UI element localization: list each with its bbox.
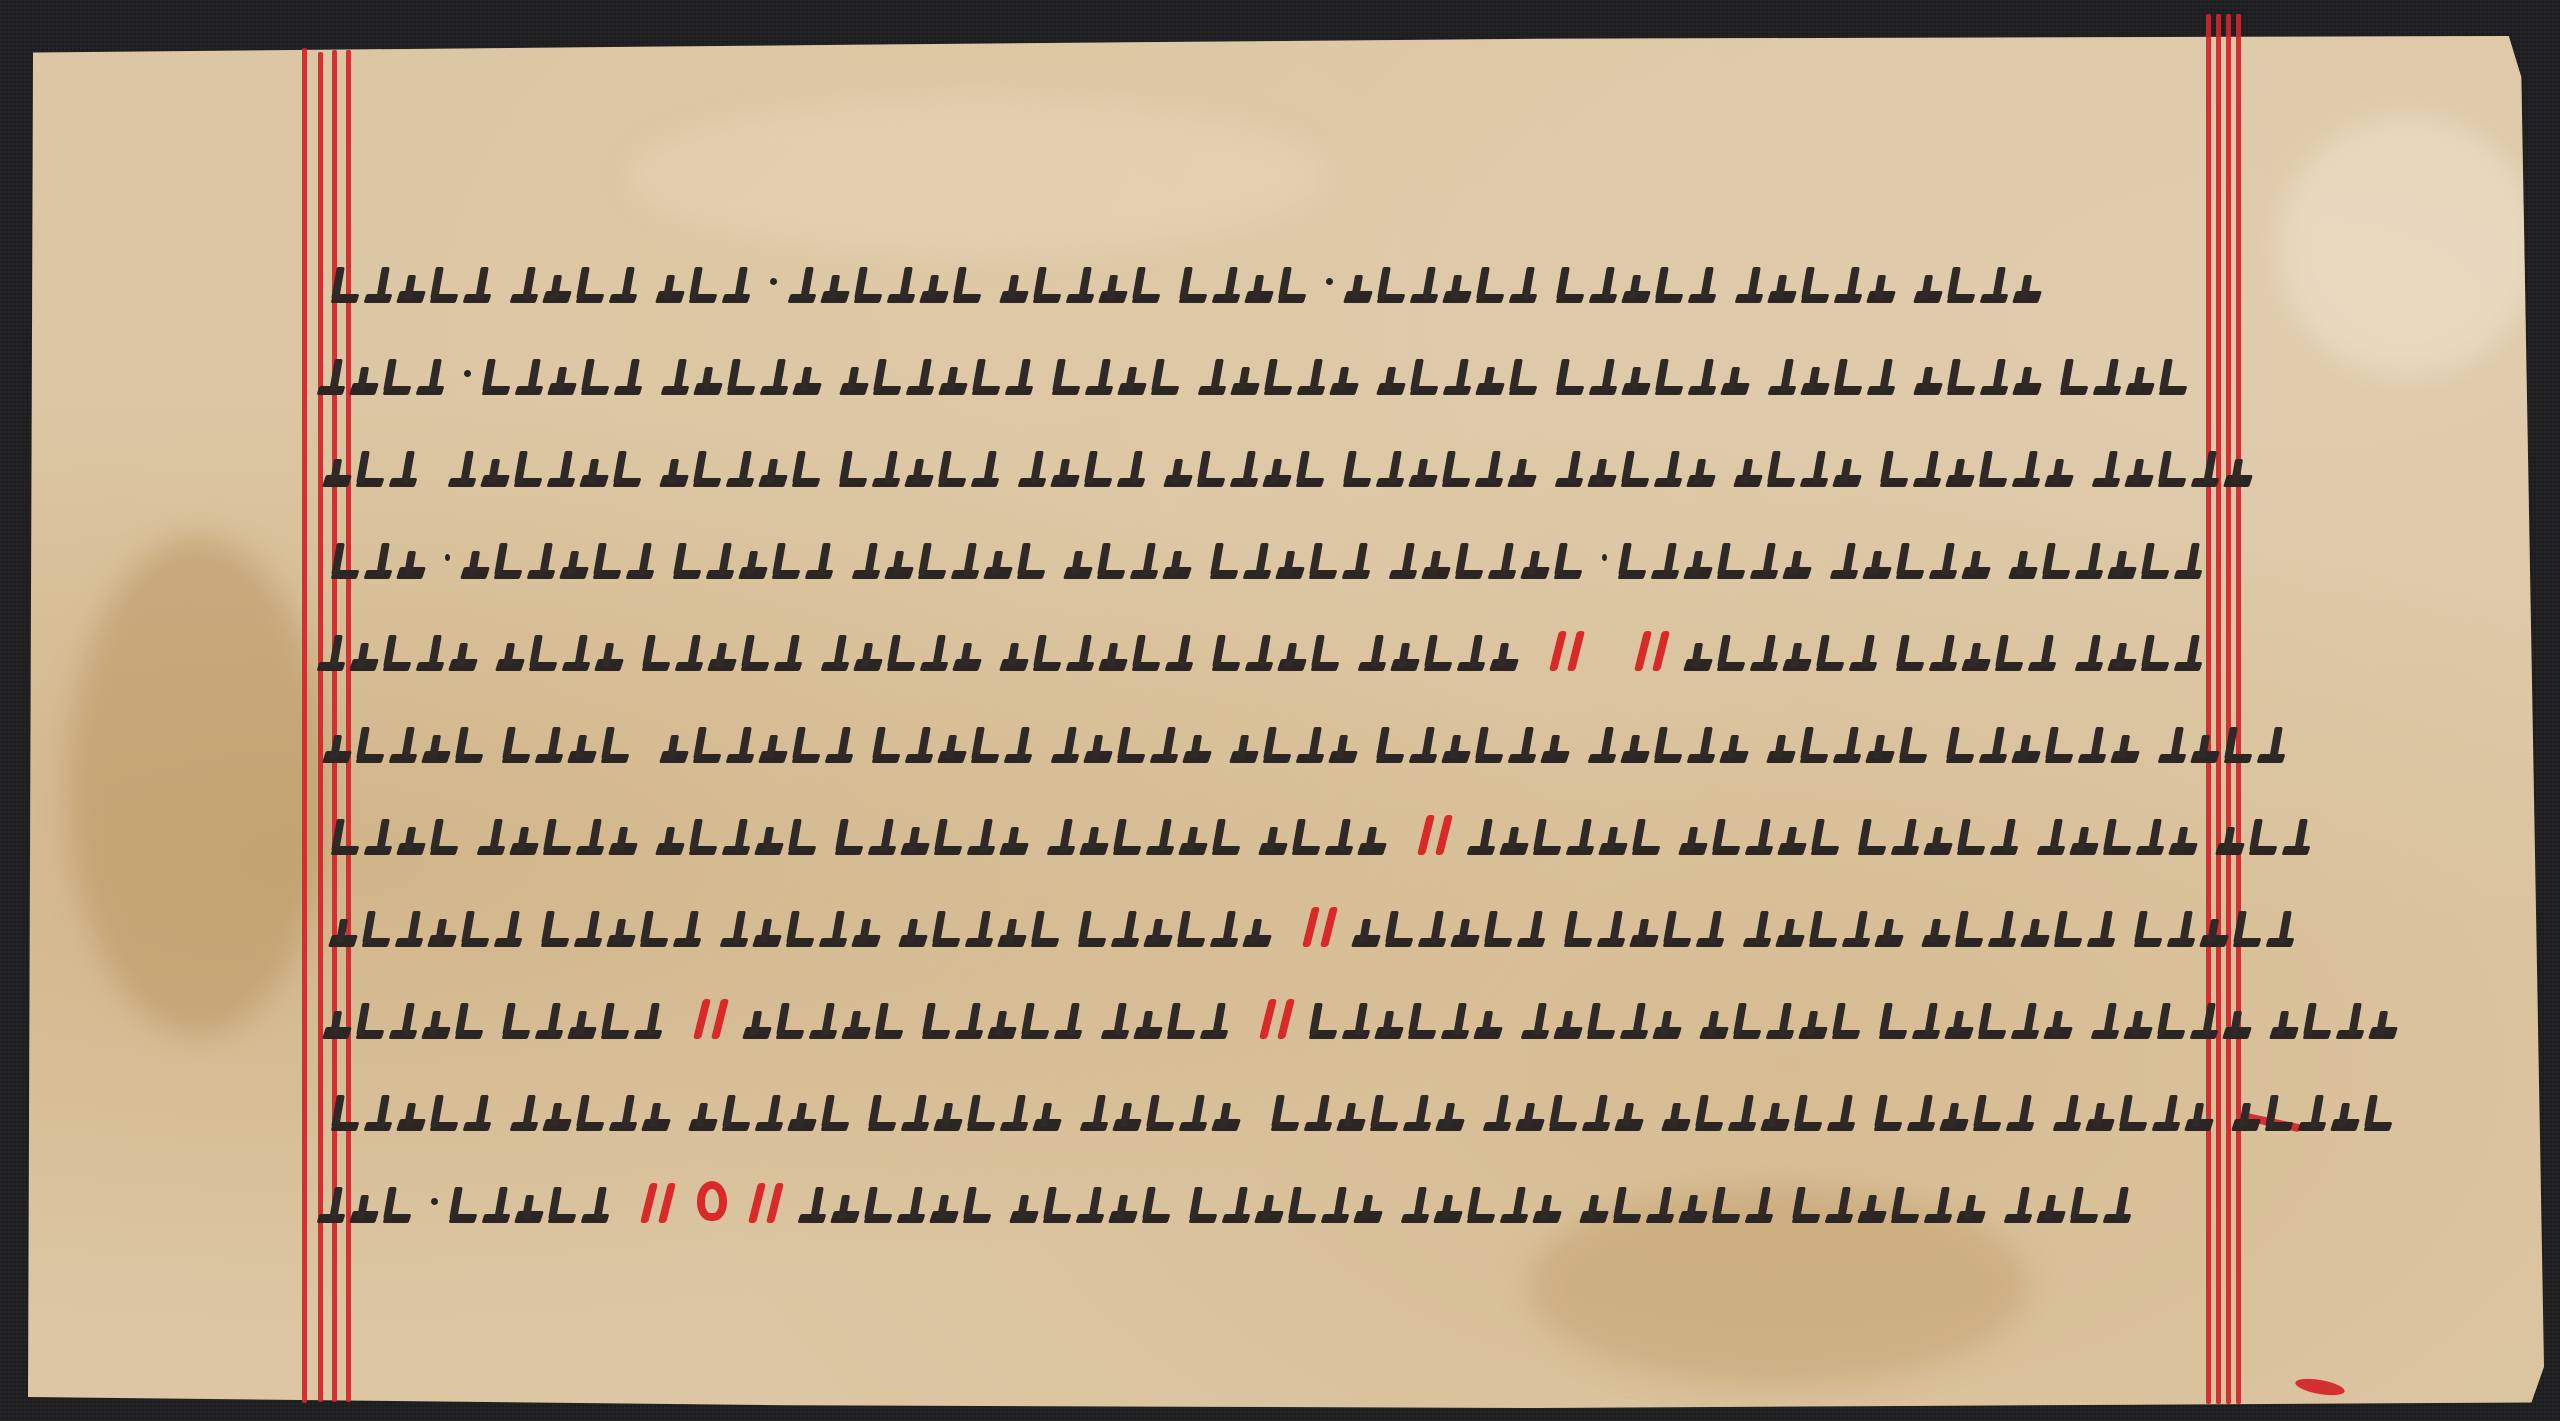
ink-glyph xyxy=(1923,1185,1953,1223)
ink-glyph xyxy=(547,357,577,395)
ink-glyph xyxy=(1376,265,1406,303)
ink-glyph xyxy=(1978,725,2008,763)
ink-glyph xyxy=(1614,1093,1644,1131)
ink-glyph xyxy=(1336,1093,1366,1131)
ink-glyph xyxy=(1565,817,1595,855)
ink-glyph xyxy=(388,449,418,487)
ink-word xyxy=(2052,1087,2217,1131)
ink-glyph xyxy=(1456,633,1486,671)
ink-glyph xyxy=(2265,909,2295,947)
ink-glyph xyxy=(1079,817,1109,855)
ink-glyph xyxy=(1548,1093,1578,1131)
ink-glyph xyxy=(759,357,789,395)
ink-glyph xyxy=(1098,265,1128,303)
ink-glyph xyxy=(962,1185,992,1223)
ink-glyph xyxy=(929,1185,959,1223)
ink-glyph xyxy=(1042,1185,1072,1223)
ink-glyph xyxy=(1829,541,1859,579)
ink-glyph xyxy=(1433,1185,1463,1223)
ink-glyph xyxy=(1402,1093,1432,1131)
ink-glyph xyxy=(659,449,689,487)
ink-glyph xyxy=(1767,265,1797,303)
ink-glyph xyxy=(349,357,379,395)
ink-glyph xyxy=(1110,909,1140,947)
ink-glyph xyxy=(2125,357,2155,395)
ink-glyph xyxy=(2223,449,2253,487)
ink-glyph xyxy=(921,1001,951,1039)
ink-glyph xyxy=(1221,1185,1251,1223)
ink-glyph xyxy=(904,449,934,487)
ink-glyph xyxy=(322,725,352,763)
ink-glyph xyxy=(2011,725,2041,763)
ink-glyph xyxy=(1945,725,1975,763)
ink-glyph xyxy=(493,909,523,947)
ink-word xyxy=(1563,903,1728,947)
ink-glyph xyxy=(388,725,418,763)
ink-glyph xyxy=(1662,909,1692,947)
ink-glyph xyxy=(1954,909,1984,947)
ink-glyph xyxy=(2085,1093,2115,1131)
ink-glyph xyxy=(2027,633,2057,671)
ink-glyph xyxy=(546,449,576,487)
ink-word xyxy=(1388,535,1586,579)
ink-glyph xyxy=(1749,633,1779,671)
ink-glyph xyxy=(1328,725,1358,763)
ink-word xyxy=(820,627,985,671)
ink-glyph xyxy=(1400,1185,1430,1223)
ink-glyph xyxy=(1017,449,1047,487)
ink-glyph xyxy=(871,725,901,763)
manuscript-line xyxy=(316,327,2220,419)
ink-glyph xyxy=(1388,541,1418,579)
ink-glyph xyxy=(1211,265,1241,303)
ink-glyph xyxy=(1474,725,1504,763)
ink-glyph xyxy=(1374,1001,1404,1039)
ink-glyph xyxy=(838,449,868,487)
ink-glyph xyxy=(853,633,883,671)
ink-glyph xyxy=(1857,1185,1887,1223)
ink-glyph xyxy=(363,265,393,303)
ink-glyph xyxy=(1977,1001,2007,1039)
ink-glyph xyxy=(1650,541,1680,579)
ink-glyph xyxy=(501,725,531,763)
danda-stroke xyxy=(1417,815,1435,855)
ink-glyph xyxy=(966,1093,996,1131)
ink-glyph xyxy=(1454,541,1484,579)
ink-glyph xyxy=(1765,1001,1795,1039)
ink-word xyxy=(1376,351,1541,395)
ink-glyph xyxy=(1178,1093,1208,1131)
ink-glyph xyxy=(871,449,901,487)
ink-glyph xyxy=(1694,1093,1724,1131)
ink-word xyxy=(1211,627,1343,671)
ink-word xyxy=(476,811,641,855)
ink-glyph xyxy=(1711,817,1741,855)
ink-glyph xyxy=(1474,449,1504,487)
ink-word xyxy=(2231,1087,2396,1131)
ink-glyph xyxy=(1833,265,1863,303)
ink-word xyxy=(660,351,825,395)
ink-glyph xyxy=(600,1001,630,1039)
ink-glyph xyxy=(1409,265,1439,303)
manuscript-line xyxy=(322,695,2220,787)
ink-glyph xyxy=(639,909,669,947)
ink-glyph xyxy=(1483,909,1513,947)
ink-word xyxy=(1879,443,2077,487)
ink-glyph xyxy=(1188,1185,1218,1223)
ink-glyph xyxy=(1979,265,2009,303)
ink-glyph xyxy=(1956,817,1986,855)
ink-glyph xyxy=(970,449,1000,487)
ink-glyph xyxy=(834,817,864,855)
ink-glyph xyxy=(2363,1093,2393,1131)
ink-glyph xyxy=(514,1185,544,1223)
ink-glyph xyxy=(900,1093,930,1131)
ink-word xyxy=(1100,995,1232,1039)
ink-glyph xyxy=(1553,1001,1583,1039)
ink-glyph xyxy=(1351,909,1381,947)
ink-word xyxy=(330,1087,495,1131)
ink-glyph xyxy=(1357,817,1387,855)
ink-glyph xyxy=(693,357,723,395)
ink-glyph xyxy=(1032,265,1062,303)
manuscript-line xyxy=(322,971,2220,1063)
ink-glyph xyxy=(2107,633,2137,671)
ink-glyph xyxy=(1554,449,1584,487)
visarga-dot xyxy=(464,370,471,377)
ink-glyph xyxy=(561,633,591,671)
ink-glyph xyxy=(820,633,850,671)
red-verse-numeral xyxy=(697,1181,727,1221)
ink-glyph xyxy=(1972,1093,2002,1131)
ink-word xyxy=(316,1179,415,1223)
ink-glyph xyxy=(2256,725,2286,763)
ink-glyph xyxy=(476,817,506,855)
ink-glyph xyxy=(594,633,624,671)
ink-glyph xyxy=(509,265,539,303)
ink-glyph xyxy=(575,1093,605,1131)
ink-glyph xyxy=(1654,357,1684,395)
ink-glyph xyxy=(1645,1185,1675,1223)
ink-glyph xyxy=(1683,541,1713,579)
ink-word xyxy=(509,259,641,303)
ink-glyph xyxy=(2020,909,2050,947)
ink-word xyxy=(1555,259,1720,303)
ink-glyph xyxy=(1499,1185,1529,1223)
ink-glyph xyxy=(559,541,589,579)
ink-glyph xyxy=(1777,817,1807,855)
ink-word xyxy=(1188,1179,1386,1223)
ink-glyph xyxy=(738,541,768,579)
ink-glyph xyxy=(725,449,755,487)
ink-word xyxy=(316,627,481,671)
ink-word xyxy=(1046,811,1244,855)
ink-glyph xyxy=(1244,265,1274,303)
ink-glyph xyxy=(1683,633,1713,671)
ink-glyph xyxy=(726,357,756,395)
ink-glyph xyxy=(1209,909,1239,947)
ink-word xyxy=(1661,1087,1859,1131)
ink-glyph xyxy=(1004,357,1034,395)
ink-glyph xyxy=(1112,817,1142,855)
ink-glyph xyxy=(2151,1093,2181,1131)
ink-glyph xyxy=(1199,1001,1229,1039)
danda-stroke xyxy=(1435,815,1453,855)
ink-glyph xyxy=(1063,541,1093,579)
ink-glyph xyxy=(1742,909,1772,947)
ink-glyph xyxy=(1441,449,1471,487)
ink-glyph xyxy=(999,265,1029,303)
ink-glyph xyxy=(2135,817,2165,855)
visarga-dot xyxy=(1326,278,1333,285)
ink-glyph xyxy=(1308,541,1338,579)
ink-glyph xyxy=(660,357,690,395)
ink-glyph xyxy=(1117,357,1147,395)
ink-word xyxy=(999,259,1164,303)
ink-glyph xyxy=(1732,1001,1762,1039)
ink-word xyxy=(1520,995,1685,1039)
ink-glyph xyxy=(608,1093,638,1131)
ink-glyph xyxy=(394,909,424,947)
ink-glyph xyxy=(2157,725,2187,763)
ink-glyph xyxy=(1865,725,1895,763)
ink-glyph xyxy=(462,265,492,303)
ink-glyph xyxy=(1912,449,1942,487)
ink-glyph xyxy=(1727,1093,1757,1131)
ink-word xyxy=(330,535,429,579)
ink-glyph xyxy=(1782,633,1812,671)
ink-glyph xyxy=(330,265,360,303)
ink-glyph xyxy=(382,357,412,395)
ink-glyph xyxy=(999,633,1029,671)
ink-word xyxy=(1229,719,1361,763)
ink-glyph xyxy=(933,817,963,855)
stain xyxy=(628,96,1328,256)
ink-glyph xyxy=(363,1093,393,1131)
ink-glyph xyxy=(1296,357,1326,395)
ink-glyph xyxy=(1230,357,1260,395)
danda-stroke xyxy=(1320,907,1338,947)
ink-glyph xyxy=(1716,633,1746,671)
ink-glyph xyxy=(363,817,393,855)
ink-glyph xyxy=(721,1093,751,1131)
ink-word xyxy=(1766,719,1931,763)
ink-glyph xyxy=(1507,725,1537,763)
ink-glyph xyxy=(1581,1093,1611,1131)
ink-glyph xyxy=(1612,1185,1642,1223)
danda-stroke xyxy=(1634,631,1652,671)
ink-glyph xyxy=(2107,541,2137,579)
ink-word xyxy=(867,1087,1065,1131)
ink-word xyxy=(672,535,837,579)
ink-glyph xyxy=(1263,357,1293,395)
ink-word xyxy=(921,995,1086,1039)
ink-glyph xyxy=(952,633,982,671)
ink-glyph xyxy=(692,449,722,487)
ink-glyph xyxy=(349,633,379,671)
ink-glyph xyxy=(542,817,572,855)
ink-glyph xyxy=(773,633,803,671)
ink-glyph xyxy=(950,541,980,579)
ink-word xyxy=(2036,811,2201,855)
visarga-dot xyxy=(431,1198,438,1205)
ink-glyph xyxy=(1621,265,1651,303)
ink-word xyxy=(1063,535,1195,579)
ink-glyph xyxy=(1653,449,1683,487)
ink-glyph xyxy=(1196,449,1226,487)
ink-glyph xyxy=(884,541,914,579)
ink-glyph xyxy=(874,1001,904,1039)
ink-glyph xyxy=(688,817,718,855)
ink-glyph xyxy=(1878,1001,1908,1039)
ink-word xyxy=(1051,351,1183,395)
ink-glyph xyxy=(820,1093,850,1131)
ink-glyph xyxy=(1197,357,1227,395)
ink-glyph xyxy=(659,725,689,763)
ink-glyph xyxy=(721,265,751,303)
ink-glyph xyxy=(526,541,556,579)
ink-glyph xyxy=(1211,1093,1241,1131)
ink-glyph xyxy=(448,1185,478,1223)
ink-word xyxy=(1767,351,1899,395)
ink-glyph xyxy=(1711,1185,1741,1223)
ink-glyph xyxy=(1939,1093,1969,1131)
ink-glyph xyxy=(460,541,490,579)
ink-glyph xyxy=(415,357,445,395)
ink-glyph xyxy=(1620,449,1650,487)
ink-glyph xyxy=(1065,633,1095,671)
ink-glyph xyxy=(1716,541,1746,579)
ink-glyph xyxy=(2190,725,2220,763)
ink-glyph xyxy=(606,909,636,947)
ink-glyph xyxy=(1487,541,1517,579)
ink-glyph xyxy=(1866,265,1896,303)
ink-glyph xyxy=(1149,725,1179,763)
ink-glyph xyxy=(534,725,564,763)
ink-glyph xyxy=(1890,817,1920,855)
ink-glyph xyxy=(983,541,1013,579)
ink-glyph xyxy=(328,909,358,947)
ink-glyph xyxy=(1540,725,1570,763)
ink-glyph xyxy=(421,725,451,763)
ink-glyph xyxy=(1342,449,1372,487)
ink-word xyxy=(871,719,1036,763)
ink-glyph xyxy=(580,357,610,395)
ink-glyph xyxy=(1096,541,1126,579)
ink-word xyxy=(509,1087,674,1131)
ink-glyph xyxy=(1295,449,1325,487)
ink-glyph xyxy=(1579,1185,1609,1223)
ink-glyph xyxy=(573,909,603,947)
ink-glyph xyxy=(1112,1093,1142,1131)
ink-glyph xyxy=(1586,1001,1616,1039)
ink-word xyxy=(448,1179,613,1223)
ink-glyph xyxy=(1421,541,1451,579)
danda-stroke xyxy=(711,999,729,1039)
ink-glyph xyxy=(427,909,457,947)
ink-glyph xyxy=(382,1185,412,1223)
ink-word xyxy=(1579,1179,1777,1223)
ink-glyph xyxy=(1987,909,2017,947)
ink-glyph xyxy=(987,1001,1017,1039)
ink-word xyxy=(1829,535,1994,579)
ink-glyph xyxy=(1079,1093,1109,1131)
ink-glyph xyxy=(1242,541,1272,579)
ink-glyph xyxy=(1209,541,1239,579)
ink-glyph xyxy=(509,1093,539,1131)
ink-glyph xyxy=(937,449,967,487)
ink-glyph xyxy=(1032,1093,1062,1131)
ink-glyph xyxy=(1923,817,1953,855)
ink-word xyxy=(1077,903,1275,947)
ink-glyph xyxy=(1030,909,1060,947)
ink-glyph xyxy=(2173,633,2203,671)
ink-glyph xyxy=(792,357,822,395)
ink-glyph xyxy=(1065,265,1095,303)
ink-glyph xyxy=(1946,357,1976,395)
ink-glyph xyxy=(2053,909,2083,947)
ink-glyph xyxy=(1182,725,1212,763)
ink-glyph xyxy=(1620,725,1650,763)
red-double-danda xyxy=(645,1179,671,1223)
ink-glyph xyxy=(688,265,718,303)
ink-glyph xyxy=(719,909,749,947)
ink-word xyxy=(1482,1087,1647,1131)
stain xyxy=(2278,116,2538,376)
ink-glyph xyxy=(1287,1185,1317,1223)
ink-glyph xyxy=(1799,449,1829,487)
ink-glyph xyxy=(1440,1001,1470,1039)
ink-glyph xyxy=(1329,357,1359,395)
ink-glyph xyxy=(415,633,445,671)
ink-glyph xyxy=(1450,909,1480,947)
manuscript-line xyxy=(316,1155,2220,1247)
manuscript-line xyxy=(330,235,2220,327)
ink-glyph xyxy=(2199,909,2229,947)
ink-word xyxy=(1308,995,1506,1039)
ink-glyph xyxy=(2215,817,2245,855)
ink-glyph xyxy=(1687,357,1717,395)
ink-glyph xyxy=(1178,817,1208,855)
ink-glyph xyxy=(600,725,630,763)
ink-glyph xyxy=(316,633,346,671)
ink-glyph xyxy=(1275,541,1305,579)
ink-word xyxy=(838,443,1003,487)
ink-glyph xyxy=(1376,357,1406,395)
ink-glyph xyxy=(1979,357,2009,395)
ink-word xyxy=(1683,627,1881,671)
ink-glyph xyxy=(1417,909,1447,947)
ink-word xyxy=(2074,627,2206,671)
ink-glyph xyxy=(460,909,490,947)
ink-word xyxy=(460,535,658,579)
ink-glyph xyxy=(1798,1001,1828,1039)
ink-glyph xyxy=(1515,1093,1545,1131)
ink-word xyxy=(1270,1087,1468,1131)
ink-word xyxy=(2133,903,2298,947)
ink-glyph xyxy=(1141,1185,1171,1223)
ink-glyph xyxy=(2184,1093,2214,1131)
ink-word xyxy=(1555,351,1753,395)
ink-glyph xyxy=(1791,1185,1821,1223)
ink-glyph xyxy=(1150,357,1180,395)
ink-word xyxy=(655,811,820,855)
ink-glyph xyxy=(1621,357,1651,395)
ink-word xyxy=(322,443,421,487)
ink-glyph xyxy=(396,1093,426,1131)
ink-glyph xyxy=(997,909,1027,947)
ink-word xyxy=(851,535,1049,579)
